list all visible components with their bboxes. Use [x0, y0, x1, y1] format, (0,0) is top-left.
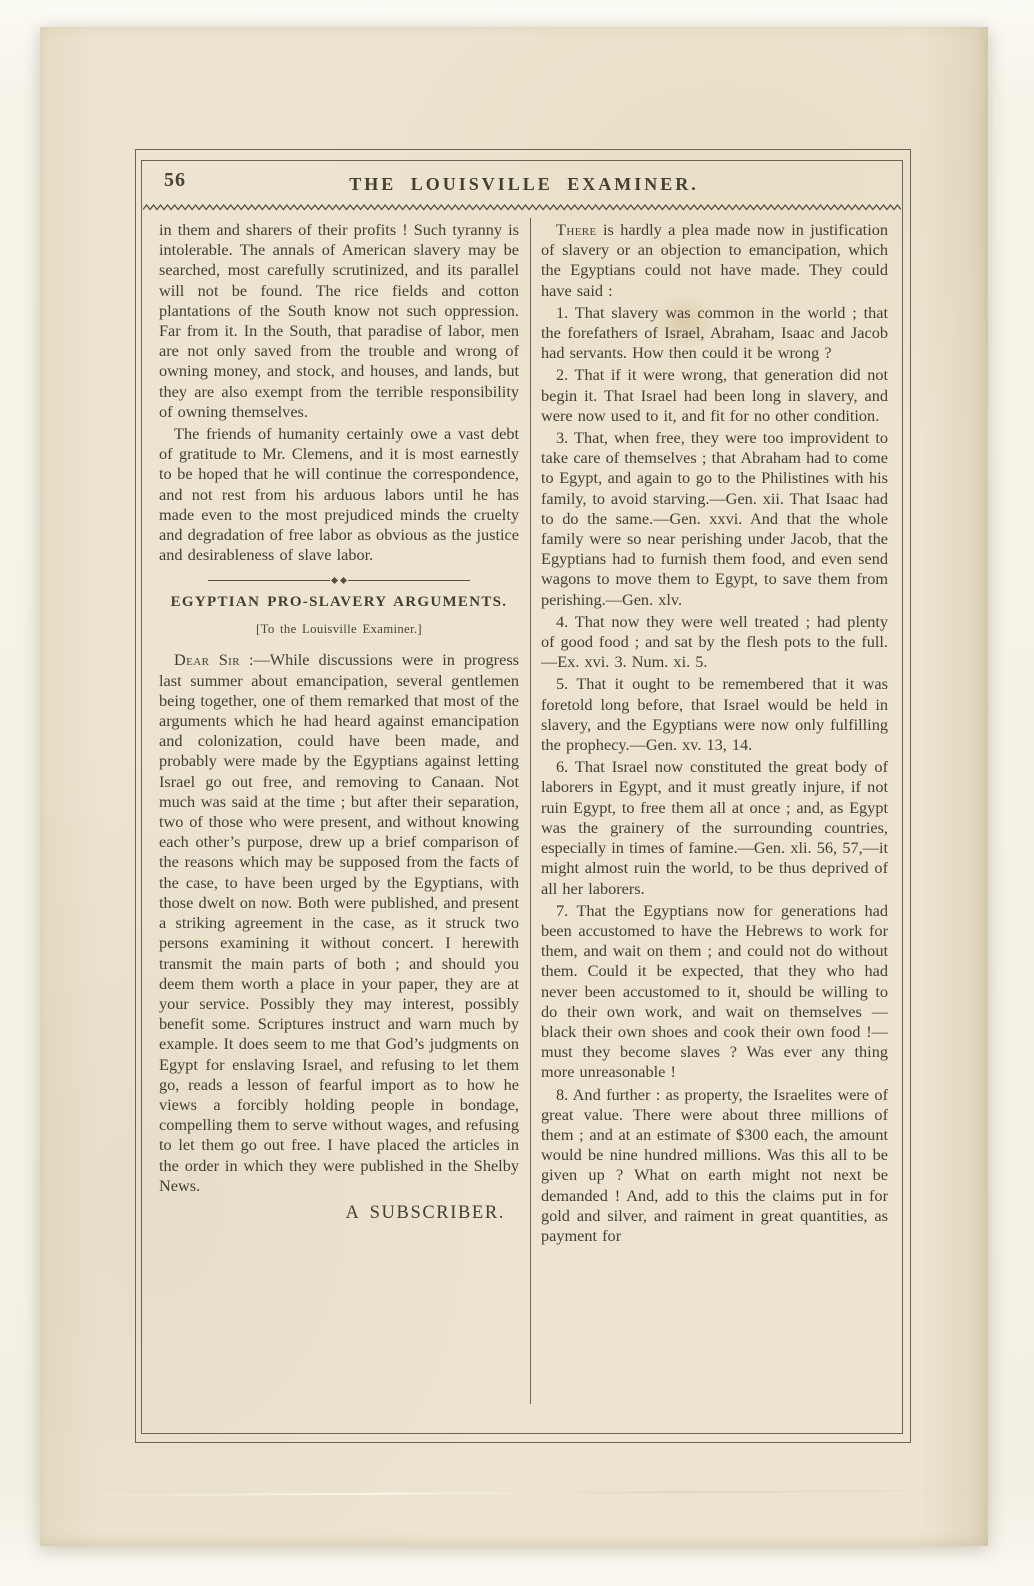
argument-item-1: 1. That slavery was common in the world … [541, 303, 888, 364]
article-heading: EGYPTIAN PRO-SLAVERY ARGUMENTS. [159, 594, 519, 611]
argument-item-4: 4. That now they were well treated ; had… [541, 612, 888, 673]
argument-item-5: 5. That it ought to be remembered that i… [541, 674, 888, 755]
argument-item-8: 8. And further : as property, the Israel… [541, 1085, 888, 1247]
argument-item-2: 2. That if it were wrong, that generatio… [541, 365, 888, 426]
newspaper-title: THE LOUISVILLE EXAMINER. [158, 166, 890, 195]
page-border-inner: 56 THE LOUISVILLE EXAMINER. in them and … [141, 160, 903, 1434]
clemens-paragraph: The friends of humanity certainly owe a … [159, 424, 519, 565]
letter-paragraph: Dear Sir :—While discussions were in pro… [159, 650, 519, 1195]
continued-paragraph: in them and sharers of their profits ! S… [159, 220, 519, 422]
argument-item-6: 6. That Israel now constituted the great… [541, 757, 888, 898]
article-subheading: [To the Louisville Examiner.] [159, 622, 519, 637]
right-column: There is hardly a plea made now in justi… [531, 218, 890, 1404]
intro-lead-word: There [556, 220, 597, 239]
masthead: 56 THE LOUISVILLE EXAMINER. [158, 166, 890, 200]
page-number: 56 [164, 169, 186, 192]
letter-signature: A SUBSCRIBER. [159, 1203, 519, 1224]
left-column: in them and sharers of their profits ! S… [158, 218, 530, 1404]
letter-salutation: Dear Sir [174, 650, 240, 669]
page-border-outer: 56 THE LOUISVILLE EXAMINER. in them and … [135, 149, 911, 1443]
argument-item-3: 3. That, when free, they were too improv… [541, 428, 888, 610]
divider-rule-right [348, 580, 470, 581]
letter-body-text: :—While discussions were in progress las… [159, 650, 519, 1194]
wavy-rule [143, 203, 901, 211]
argument-item-7: 7. That the Egyptians now for generation… [541, 901, 888, 1083]
wavy-rule-path [143, 205, 901, 210]
divider-diamond-icon [331, 577, 338, 584]
article-columns: in them and sharers of their profits ! S… [158, 218, 890, 1404]
intro-paragraph: There is hardly a plea made now in justi… [541, 220, 888, 301]
divider-rule-left [208, 580, 330, 581]
divider-diamond-icon [340, 577, 347, 584]
newspaper-page: 56 THE LOUISVILLE EXAMINER. in them and … [40, 27, 988, 1546]
section-divider [159, 578, 519, 583]
